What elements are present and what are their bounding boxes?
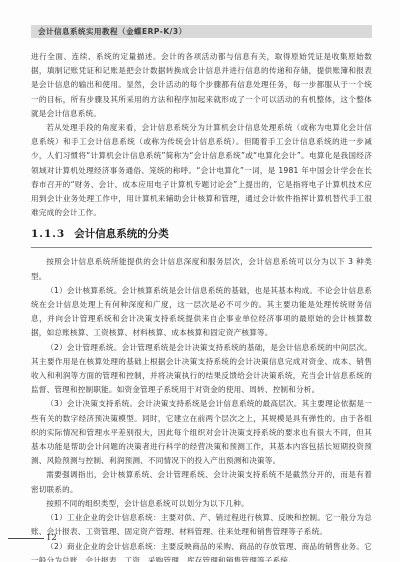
page-number: 12 [46,533,57,543]
paragraph: 按照不同的组织类型，会计信息系统可以划分为以下几种。 [31,497,372,511]
section-heading: 1.1.3会计信息系统的分类 [31,226,372,248]
paragraph: （1）会计核算系统。会计核算系统是会计信息系统的基础，也是其基本构成。不论会计信… [31,284,372,341]
section-number: 1.1.3 [31,228,65,240]
footer-rule [8,538,44,539]
page-footer: 12 [8,533,57,543]
paragraph: （3）会计决策支持系统。会计决策支持系统是会计信息系统的最高层次。其主要理论依据… [31,397,372,468]
running-header: 会计信息系统实用教程（金蝶ERP-K/3） [31,25,372,38]
page-content: 进行全面、连续、系统的定量描述。会计的各项活动都与信息有关，取得原始凭证是收集原… [31,50,372,562]
paragraph: （1）工业企业的会计信息系统：主要对供、产、销过程进行核算、反映和控制。它一般分… [31,511,372,539]
paragraph: （2）会计管理系统。会计管理系统是会计决策支持系统的基础，是会计信息系统的中间层… [31,341,372,398]
section-title: 会计信息系统的分类 [74,228,169,240]
paragraph: 按照会计信息系统所能提供的会计信息深度和服务层次，会计信息系统可以分为以下 3 … [31,255,372,283]
paragraph: 若从处理手段的角度来看，会计信息系统分为计算机会计信息处理系统（或称为电算化会计… [31,121,372,220]
book-page: 会计信息系统实用教程（金蝶ERP-K/3） 进行全面、连续、系统的定量描述。会计… [0,0,400,562]
paragraph: （2）商业企业的会计信息系统：主要反映商品的采购、商品的存放管理、商品的销售业务… [31,540,372,562]
paragraph: 进行全面、连续、系统的定量描述。会计的各项活动都与信息有关，取得原始凭证是收集原… [31,50,372,121]
paragraph: 需要强调指出，会计核算系统、会计管理系统、会计决策支持系统不是截然分开的，而是有… [31,468,372,496]
